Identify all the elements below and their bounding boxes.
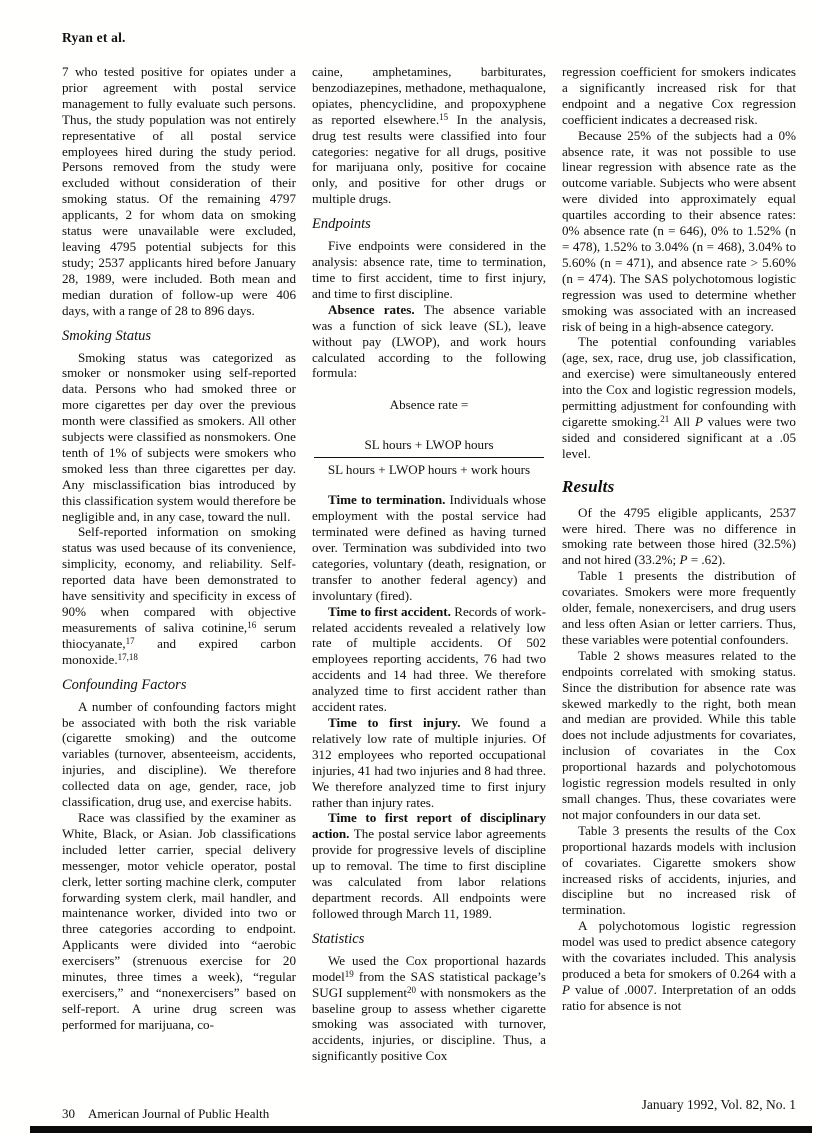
- paragraph: We used the Cox proportional hazards mod…: [312, 953, 546, 1064]
- paragraph: Of the 4795 eligible applicants, 2537 we…: [562, 505, 796, 569]
- absence-rate-formula: Absence rate =SL hours + LWOP hoursSL ho…: [314, 397, 544, 478]
- paragraph: Time to termination. Individuals whose e…: [312, 492, 546, 603]
- text-run: Individuals whose employment with the po…: [312, 492, 546, 602]
- journal-name: American Journal of Public Health: [88, 1106, 269, 1121]
- reference-superscript: 15: [439, 112, 448, 122]
- paragraph: Because 25% of the subjects had a 0% abs…: [562, 128, 796, 335]
- formula-numerator: SL hours + LWOP hours: [314, 437, 544, 457]
- text-run: Self-reported information on smoking sta…: [62, 524, 296, 634]
- article-body: 7 who tested positive for opiates under …: [62, 64, 798, 1064]
- paragraph: A polychotomous logistic regression mode…: [562, 918, 796, 1013]
- paragraph: Self-reported information on smoking sta…: [62, 524, 296, 667]
- footer-left: 30American Journal of Public Health: [62, 1106, 269, 1122]
- paragraph: 7 who tested positive for opiates under …: [62, 64, 296, 319]
- formula-denominator: SL hours + LWOP hours + work hours: [314, 458, 544, 478]
- text-run: value of .0007. Interpretation of an odd…: [562, 982, 796, 1013]
- subsection-heading: Endpoints: [312, 216, 546, 233]
- paragraph: regression coefficient for smokers indic…: [562, 64, 796, 128]
- paragraph: Absence rates. The absence variable was …: [312, 302, 546, 382]
- text-run: All: [669, 414, 695, 429]
- text-run: Smoking status was categorized as smoker…: [62, 350, 296, 524]
- running-head: Ryan et al.: [62, 30, 126, 46]
- paragraph: Time to first report of disciplinary act…: [312, 810, 546, 921]
- paragraph: Time to first accident. Records of work-…: [312, 604, 546, 715]
- text-run: Table 1 presents the distribution of cov…: [562, 568, 796, 647]
- formula-lead: Absence rate =: [314, 397, 544, 413]
- column-right: regression coefficient for smokers indic…: [562, 64, 796, 1064]
- reference-superscript: 16: [247, 620, 256, 630]
- paragraph: Five endpoints were considered in the an…: [312, 238, 546, 302]
- text-run: Time to first accident.: [328, 604, 454, 619]
- subsection-heading: Confounding Factors: [62, 677, 296, 694]
- reference-superscript: 17: [126, 636, 135, 646]
- subsection-heading: Statistics: [312, 931, 546, 948]
- text-run: Time to termination.: [328, 492, 450, 507]
- text-run: A number of confounding factors might be…: [62, 699, 296, 809]
- paragraph: A number of confounding factors might be…: [62, 699, 296, 810]
- text-run: Records of work-related accidents reveal…: [312, 604, 546, 714]
- text-run: regression coefficient for smokers indic…: [562, 64, 796, 127]
- text-run: Time to first injury.: [328, 715, 471, 730]
- reference-superscript: 21: [660, 414, 669, 424]
- text-run: 7 who tested positive for opiates under …: [62, 64, 296, 318]
- subsection-heading: Smoking Status: [62, 328, 296, 345]
- journal-page: Ryan et al. 7 who tested positive for op…: [0, 0, 816, 1134]
- paragraph: Table 2 shows measures related to the en…: [562, 648, 796, 823]
- section-heading: Results: [562, 477, 796, 497]
- paragraph: caine, amphetamines, barbiturates, benzo…: [312, 64, 546, 207]
- text-run: P: [695, 414, 703, 429]
- page-number: 30: [62, 1106, 75, 1121]
- text-run: Race was classified by the examiner as W…: [62, 810, 296, 1032]
- column-middle: caine, amphetamines, barbiturates, benzo…: [312, 64, 546, 1064]
- text-run: Table 2 shows measures related to the en…: [562, 648, 796, 822]
- footer-issue: January 1992, Vol. 82, No. 1: [642, 1097, 796, 1113]
- paragraph: Table 1 presents the distribution of cov…: [562, 568, 796, 648]
- text-run: = .62).: [687, 552, 725, 567]
- text-run: Absence rates.: [328, 302, 424, 317]
- reference-superscript: 19: [345, 969, 354, 979]
- column-left: 7 who tested positive for opiates under …: [62, 64, 296, 1064]
- reference-superscript: 20: [407, 985, 416, 995]
- text-run: A polychotomous logistic regression mode…: [562, 918, 796, 981]
- text-run: Five endpoints were considered in the an…: [312, 238, 546, 301]
- paragraph: Time to first injury. We found a relativ…: [312, 715, 546, 810]
- paragraph: Race was classified by the examiner as W…: [62, 810, 296, 1033]
- reference-superscript: 17,18: [118, 652, 138, 662]
- paragraph: Table 3 presents the results of the Cox …: [562, 823, 796, 918]
- text-run: P: [562, 982, 570, 997]
- paragraph: The potential confounding variables (age…: [562, 334, 796, 461]
- text-run: Table 3 presents the results of the Cox …: [562, 823, 796, 918]
- text-run: Because 25% of the subjects had a 0% abs…: [562, 128, 796, 334]
- bottom-rule: [30, 1126, 812, 1133]
- paragraph: Smoking status was categorized as smoker…: [62, 350, 296, 525]
